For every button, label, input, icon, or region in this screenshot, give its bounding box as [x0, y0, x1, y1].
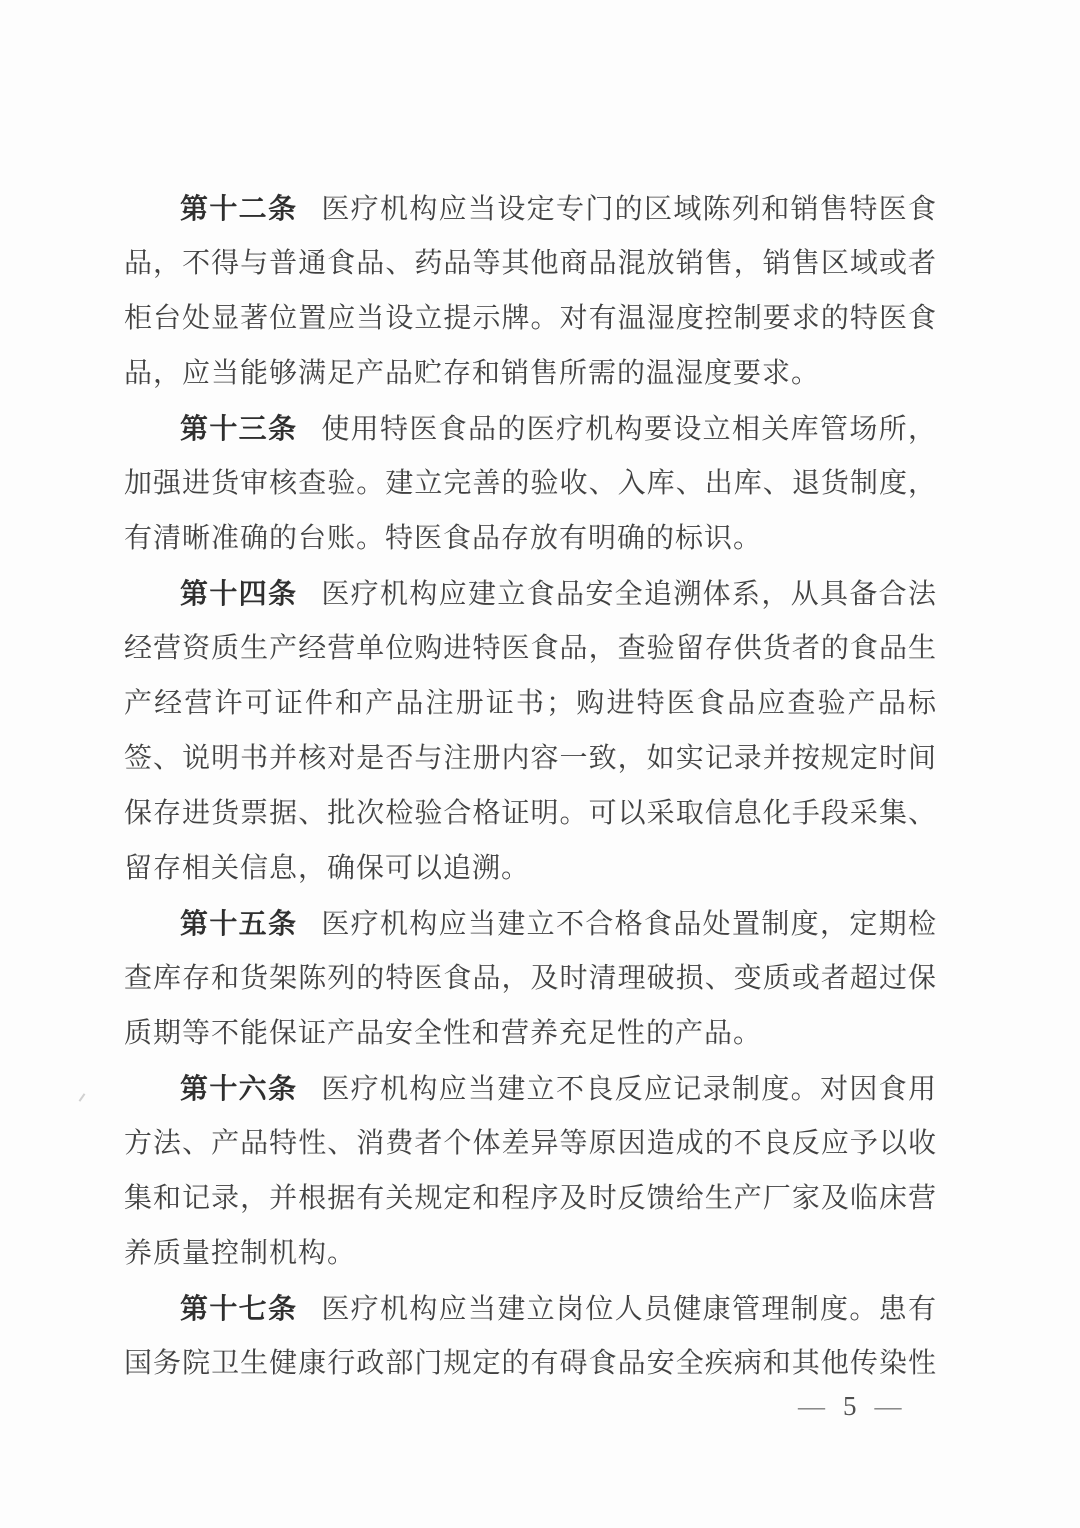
article-paragraph-13-line-2: 加强进货审核查验。建立完善的验收、入库、出库、退货制度，: [124, 456, 936, 511]
article-paragraph-14-line-5: 保存进货票据、批次检验合格证明。可以采取信息化手段采集、: [124, 786, 936, 841]
article-paragraph-16-line-1: 第十六条医疗机构应当建立不良反应记录制度。对因食用: [124, 1061, 936, 1116]
article-first-line-text: 医疗机构应建立食品安全追溯体系，从具备合法: [321, 579, 936, 610]
article-number: 第十三条: [180, 413, 297, 444]
footer-dash-right: —: [875, 1390, 902, 1422]
article-paragraph-15-line-1: 第十五条医疗机构应当建立不合格食品处置制度，定期检: [124, 896, 936, 951]
article-paragraph-16-line-2: 方法、产品特性、消费者个体差异等原因造成的不良反应予以收: [124, 1116, 936, 1171]
article-paragraph-12-line-3: 柜台处显著位置应当设立提示牌。对有温湿度控制要求的特医食: [124, 291, 936, 346]
page-footer: — 5 —: [798, 1390, 902, 1422]
article-paragraph-16-line-3: 集和记录，并根据有关规定和程序及时反馈给生产厂家及临床营: [124, 1171, 936, 1226]
article-number: 第十五条: [180, 908, 297, 939]
article-paragraph-14-line-1: 第十四条医疗机构应建立食品安全追溯体系，从具备合法: [124, 566, 936, 621]
article-paragraph-14-line-6: 留存相关信息，确保可以追溯。: [124, 841, 936, 896]
article-paragraph-14-line-3: 产经营许可证件和产品注册证书；购进特医食品应查验产品标: [124, 676, 936, 731]
article-paragraph-13-line-3: 有清晰准确的台账。特医食品存放有明确的标识。: [124, 511, 936, 566]
article-paragraph-15-line-2: 查库存和货架陈列的特医食品，及时清理破损、变质或者超过保: [124, 951, 936, 1006]
article-paragraph-14-line-2: 经营资质生产经营单位购进特医食品，查验留存供货者的食品生: [124, 621, 936, 676]
article-paragraph-14-line-4: 签、说明书并核对是否与注册内容一致，如实记录并按规定时间: [124, 731, 936, 786]
scan-artifact: [79, 1093, 86, 1102]
article-paragraph-12-line-4: 品，应当能够满足产品贮存和销售所需的温湿度要求。: [124, 346, 936, 401]
article-paragraph-17-line-1: 第十七条医疗机构应当建立岗位人员健康管理制度。患有: [124, 1281, 936, 1336]
page-number: 5: [843, 1390, 857, 1422]
article-first-line-text: 医疗机构应当建立不良反应记录制度。对因食用: [321, 1074, 936, 1105]
article-paragraph-16-line-4: 养质量控制机构。: [124, 1226, 936, 1281]
document-page: 第十二条医疗机构应当设定专门的区域陈列和销售特医食品，不得与普通食品、药品等其他…: [0, 0, 1080, 1528]
article-first-line-text: 医疗机构应当设定专门的区域陈列和销售特医食: [321, 194, 936, 225]
footer-dash-left: —: [798, 1390, 825, 1422]
article-paragraph-15-line-3: 质期等不能保证产品安全性和营养充足性的产品。: [124, 1006, 936, 1061]
article-first-line-text: 医疗机构应当建立不合格食品处置制度，定期检: [321, 909, 936, 940]
article-number: 第十七条: [180, 1293, 297, 1324]
article-paragraph-13-line-1: 第十三条使用特医食品的医疗机构要设立相关库管场所，: [124, 401, 936, 456]
article-paragraph-17-line-2: 国务院卫生健康行政部门规定的有碍食品安全疾病和其他传染性: [124, 1336, 936, 1391]
article-first-line-text: 医疗机构应当建立岗位人员健康管理制度。患有: [321, 1294, 936, 1325]
document-text: 第十二条医疗机构应当设定专门的区域陈列和销售特医食品，不得与普通食品、药品等其他…: [124, 181, 936, 1391]
article-first-line-text: 使用特医食品的医疗机构要设立相关库管场所，: [321, 414, 936, 445]
article-paragraph-12-line-1: 第十二条医疗机构应当设定专门的区域陈列和销售特医食: [124, 181, 936, 236]
article-number: 第十二条: [180, 193, 297, 224]
article-number: 第十四条: [180, 578, 297, 609]
article-number: 第十六条: [180, 1073, 297, 1104]
article-paragraph-12-line-2: 品，不得与普通食品、药品等其他商品混放销售，销售区域或者: [124, 236, 936, 291]
